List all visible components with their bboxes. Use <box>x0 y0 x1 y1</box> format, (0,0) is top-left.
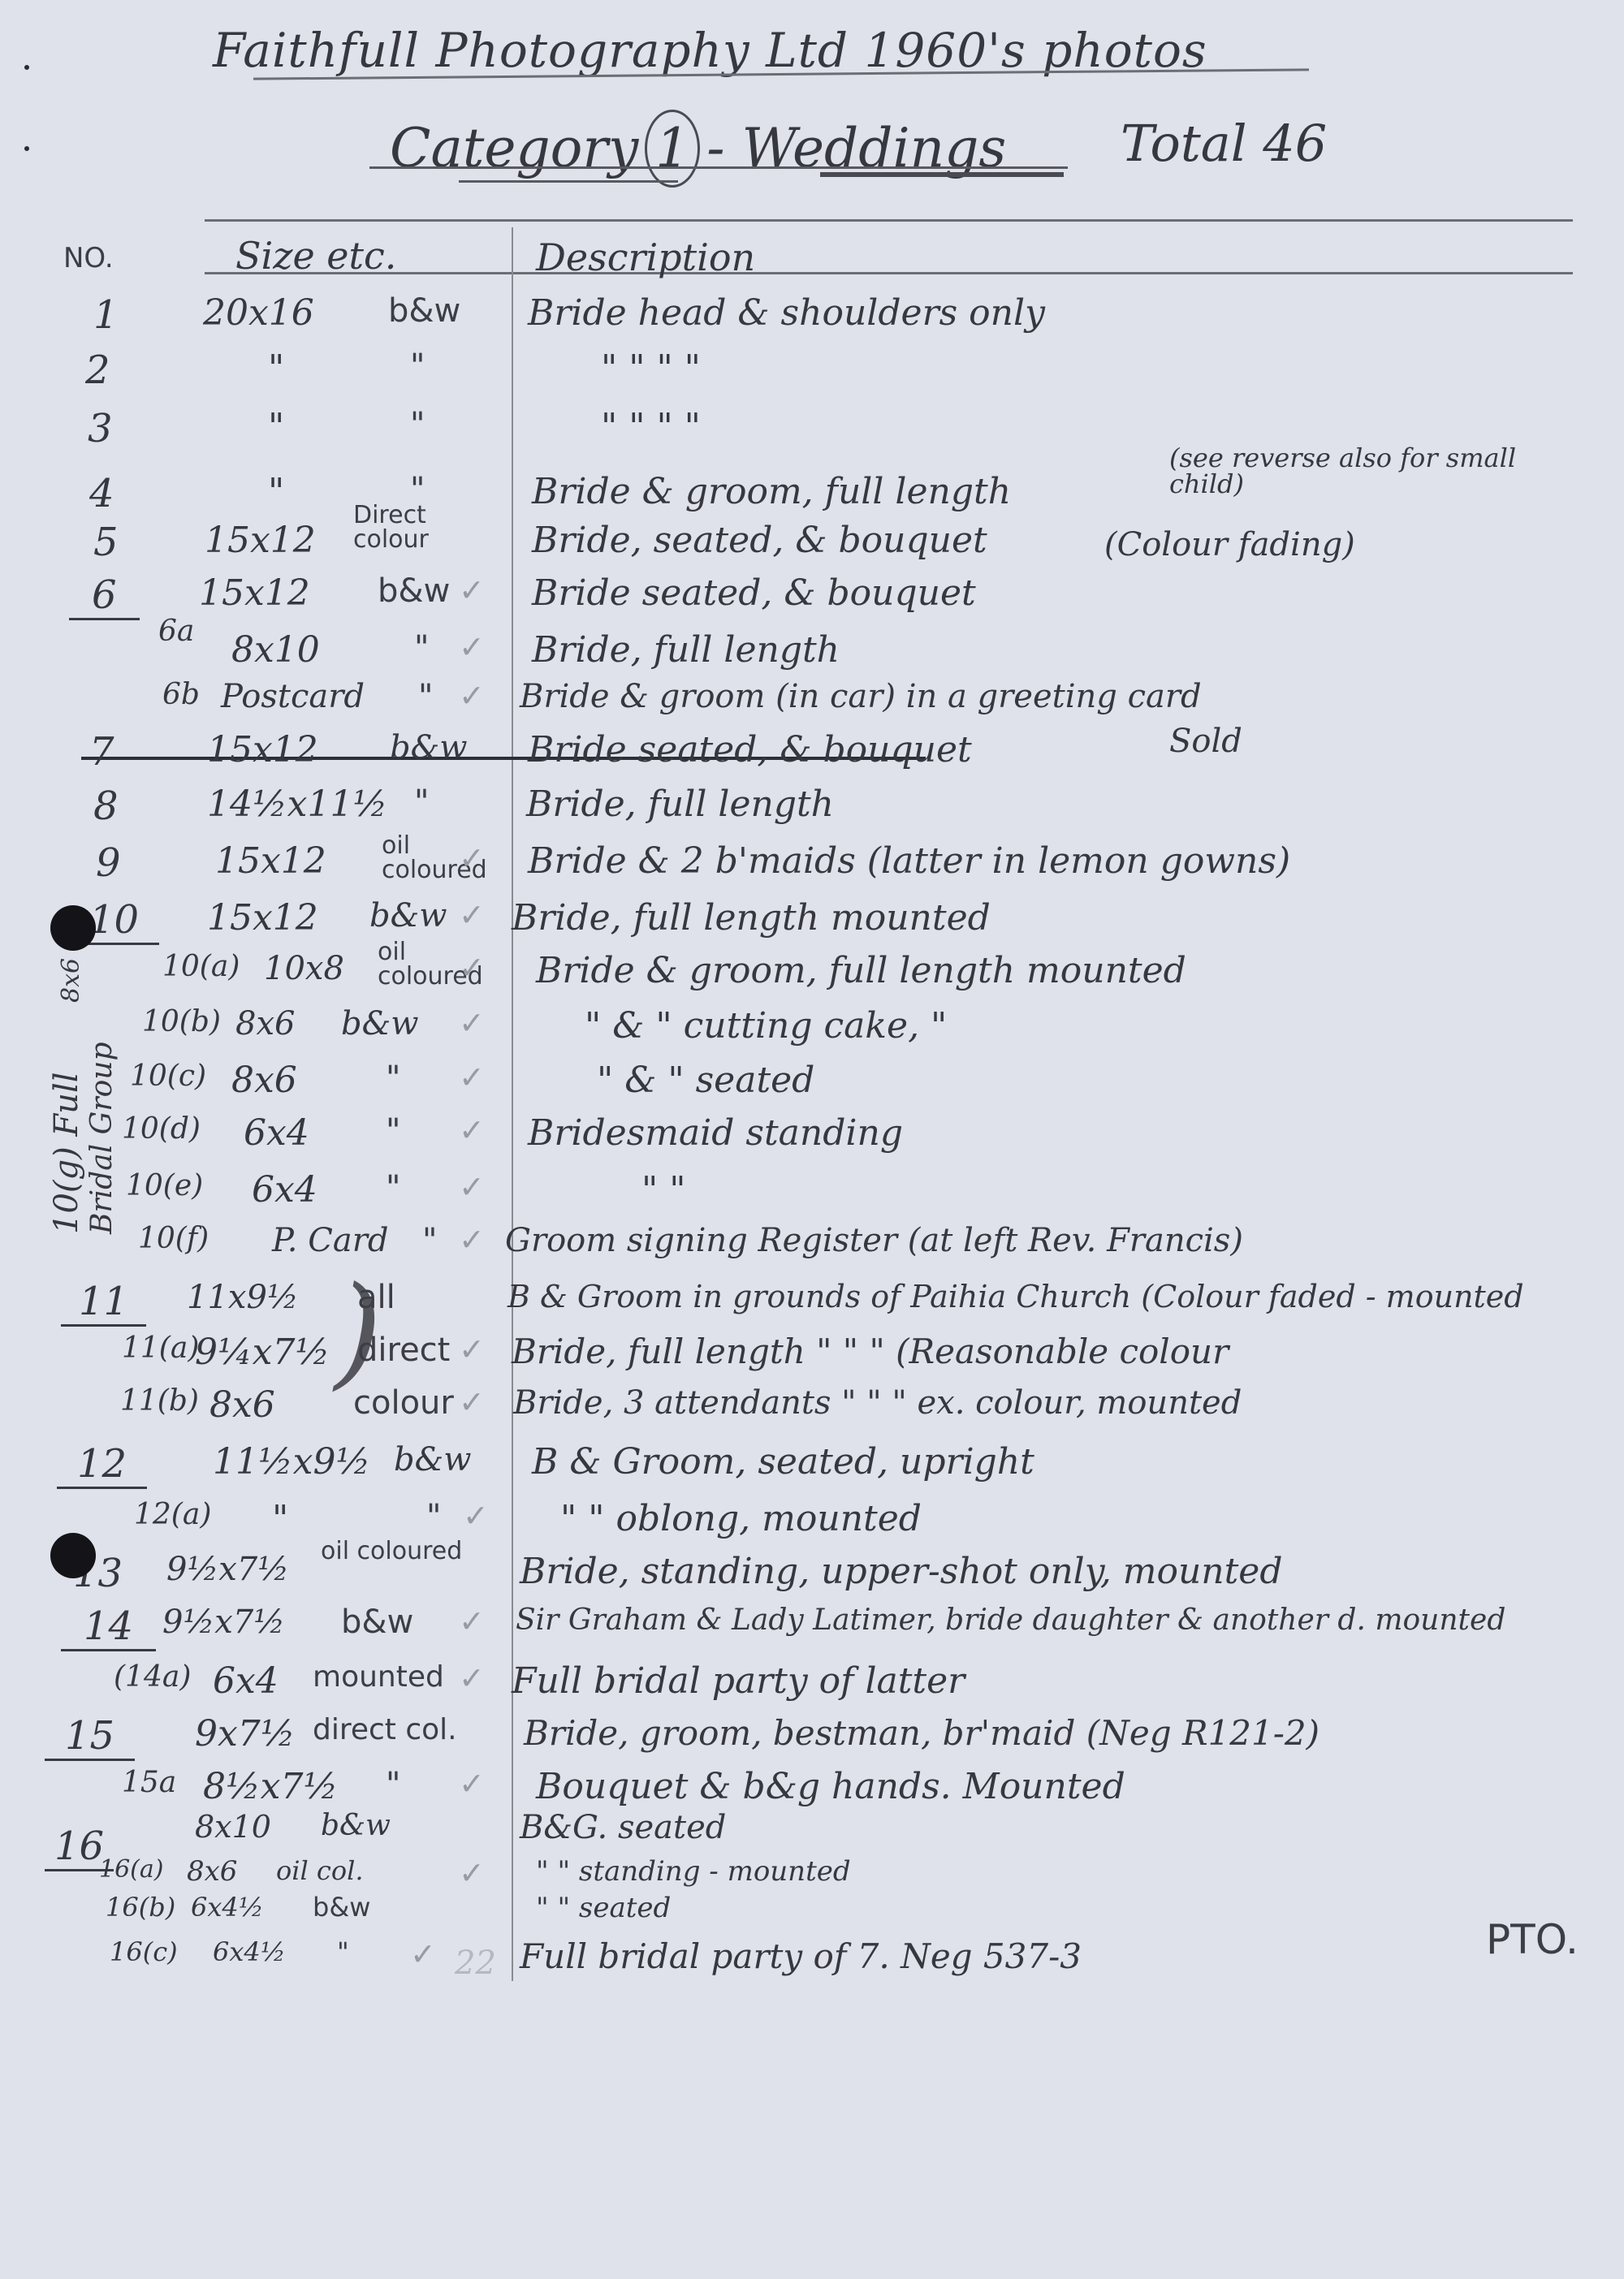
check-mark-icon: ✓ <box>459 1332 485 1367</box>
row-type: all <box>357 1279 395 1316</box>
punch-hole <box>50 1533 96 1578</box>
row-description: " & " cutting cake, " <box>585 1005 947 1047</box>
row-size: 8½x7½ <box>203 1766 338 1807</box>
row-type: b&w <box>341 1604 413 1641</box>
table-row: 12 11½x9½ b&w B & Groom, seated, upright <box>0 1441 1624 1490</box>
check-mark-icon: ✓ <box>459 1384 485 1420</box>
table-row: 16(b) 6x4½ b&w " " seated <box>0 1892 1624 1940</box>
row-type: " <box>422 1222 437 1259</box>
row-description: Bride, full length " " " (Reasonable col… <box>512 1332 1229 1371</box>
row-size: 15x12 <box>207 897 318 939</box>
row-type: oil col. <box>276 1855 364 1886</box>
row-number: 15 <box>45 1713 135 1761</box>
row-size: 8x6 <box>209 1384 275 1426</box>
row-number: 10(a) <box>162 950 240 983</box>
margin-note-size: 8x6 <box>57 958 85 1003</box>
table-row: 16 8x10 b&w B&G. seated <box>0 1809 1624 1858</box>
row-size: 6x4 <box>213 1660 279 1702</box>
table-row: 11(b) 8x6 colour ✓ Bride, 3 attendants "… <box>0 1384 1624 1433</box>
row-size: 20x16 <box>203 292 314 334</box>
category-label: Category <box>390 117 638 179</box>
row-number: 3 <box>88 406 113 451</box>
row-size: 15x12 <box>199 572 310 614</box>
row-description: " " <box>641 1169 685 1211</box>
row-type: b&w <box>394 1441 471 1478</box>
table-row: 6b Postcard " ✓ Bride & groom (in car) i… <box>0 678 1624 727</box>
row-description: Bride, seated, & bouquet <box>532 520 987 561</box>
margin-note: 10(g) Full Bridal Group <box>49 1042 120 1234</box>
table-row: 4 " " Bride & groom, full length (see re… <box>0 471 1624 520</box>
row-number: 11 <box>61 1279 146 1327</box>
row-number: 5 <box>93 520 119 565</box>
row-type: " <box>337 1936 349 1967</box>
table-row: 15 9x7½ direct col. Bride, groom, bestma… <box>0 1713 1624 1762</box>
row-size: " <box>272 1498 288 1539</box>
row-description: B & Groom in grounds of Paihia Church (C… <box>508 1279 1524 1314</box>
table-top-rule <box>205 219 1573 222</box>
table-row: 12(a) " " ✓ " " oblong, mounted <box>0 1498 1624 1547</box>
table-row: 10 15x12 b&w ✓ Bride, full length mounte… <box>0 897 1624 946</box>
table-row: 14 9½x7½ b&w ✓ Sir Graham & Lady Latimer… <box>0 1604 1624 1652</box>
row-number: 6b <box>162 678 200 711</box>
row-type: mounted <box>313 1660 444 1694</box>
check-mark-icon: ✓ <box>459 1766 485 1802</box>
row-size: 9x7½ <box>195 1713 295 1755</box>
row-size: 11½x9½ <box>213 1441 370 1483</box>
row-number: 10(d) <box>122 1112 201 1146</box>
sold-status: Sold <box>1169 723 1242 760</box>
check-mark-icon: ✓ <box>459 1660 485 1696</box>
table-row: 2 " " " " " " <box>0 347 1624 396</box>
table-row: 10(b) 8x6 b&w ✓ " & " cutting cake, " <box>0 1005 1624 1054</box>
table-row: 7 15x12 b&w Bride seated, & bouquet Sold <box>0 729 1624 778</box>
row-description: B & Groom, seated, upright <box>532 1441 1034 1483</box>
row-size: P. Card <box>272 1222 388 1259</box>
row-description: Bride & groom (in car) in a greeting car… <box>520 678 1202 715</box>
row-size: 6x4½ <box>191 1892 264 1923</box>
table-row: 10(f) P. Card " ✓ Groom signing Register… <box>0 1222 1624 1271</box>
please-turn-over: PTO. <box>1486 1916 1579 1963</box>
row-type: oil coloured <box>382 834 512 883</box>
check-mark-icon: ✓ <box>459 1112 485 1148</box>
row-description: Full bridal party of 7. Neg 537-3 <box>520 1936 1082 1976</box>
check-mark-icon: ✓ <box>459 629 485 665</box>
check-mark-icon: ✓ <box>459 678 485 714</box>
row-type: Direct colour <box>353 503 483 552</box>
row-number: 10(f) <box>138 1222 209 1255</box>
row-number: 15a <box>122 1766 176 1799</box>
table-row: 8 14½x11½ " Bride, full length <box>0 783 1624 832</box>
row-size: 8x6 <box>231 1060 297 1101</box>
row-number: 1 <box>93 292 119 338</box>
weddings-underline <box>820 172 1064 177</box>
table-row: 15a 8½x7½ " ✓ Bouquet & b&g hands. Mount… <box>0 1766 1624 1815</box>
row-description: Bouquet & b&g hands. Mounted <box>536 1766 1125 1807</box>
row-size: 8x6 <box>187 1855 237 1888</box>
row-number: 12(a) <box>134 1498 211 1531</box>
row-size: 9½x7½ <box>162 1604 285 1641</box>
row-type: oil coloured <box>321 1539 467 1564</box>
row-size: 8x6 <box>235 1005 295 1042</box>
check-mark-icon: ✓ <box>463 1498 489 1534</box>
row-number: 8 <box>93 783 119 829</box>
row-number: 16(a) <box>99 1855 163 1884</box>
row-size: 15x12 <box>215 840 326 882</box>
row-description: Bride seated, & bouquet <box>528 729 972 770</box>
check-mark-icon: ✓ <box>459 1222 485 1258</box>
speck <box>24 146 29 151</box>
row-size: 9½x7½ <box>166 1551 289 1588</box>
row-size: 6x4 <box>252 1169 317 1211</box>
row-number: 10(c) <box>130 1060 206 1093</box>
column-header-size: Size etc. <box>235 234 396 278</box>
row-description: Bride, full length <box>532 629 840 671</box>
row-description: Bride seated, & bouquet <box>532 572 976 614</box>
check-mark-icon: ✓ <box>459 840 485 876</box>
row-number: 11(a) <box>122 1332 199 1365</box>
row-description: Bride, full length mounted <box>512 897 991 939</box>
table-row: 6a 8x10 " ✓ Bride, full length <box>0 629 1624 678</box>
row-type: " <box>386 1112 400 1150</box>
speck <box>24 65 29 70</box>
row-type: " <box>414 629 429 667</box>
row-size: 11x9½ <box>187 1279 299 1316</box>
row-number: 14 <box>61 1604 156 1651</box>
row-size: " <box>268 471 284 512</box>
row-type: " <box>386 1766 400 1803</box>
row-description: " & " seated <box>597 1060 814 1101</box>
row-size: 14½x11½ <box>207 783 387 825</box>
row-description: Bride head & shoulders only <box>528 292 1045 334</box>
check-mark-icon: ✓ <box>459 1855 485 1891</box>
check-mark-icon: ✓ <box>459 897 485 933</box>
table-header-rule <box>205 272 1573 274</box>
row-type: " <box>386 1169 400 1206</box>
row-number: 10(b) <box>142 1005 221 1038</box>
row-description: " " oblong, mounted <box>560 1498 922 1539</box>
punch-hole <box>50 905 96 951</box>
faint-annotation: 22 <box>455 1944 496 1982</box>
table-row: 1 20x16 b&w Bride head & shoulders only <box>0 292 1624 341</box>
row-size: 15x12 <box>207 729 318 770</box>
check-mark-icon: ✓ <box>459 1060 485 1095</box>
row-description: B&G. seated <box>520 1809 726 1846</box>
row-type: b&w <box>313 1892 370 1923</box>
row-type: b&w <box>388 292 460 330</box>
row-description: Full bridal party of latter <box>512 1660 965 1702</box>
margin-note-line2: Bridal Group <box>84 1042 120 1234</box>
row-type: " <box>414 783 429 821</box>
check-mark-icon: ✓ <box>459 572 485 608</box>
row-description: Bride & groom, full length <box>532 471 1011 512</box>
row-description: " " " " <box>601 347 701 389</box>
row-description: Bridesmaid standing <box>528 1112 903 1154</box>
total-count: Total 46 <box>1121 114 1327 173</box>
row-number: 9 <box>96 840 121 886</box>
row-size: 6x4½ <box>213 1936 286 1967</box>
column-header-no: NO. <box>63 242 114 274</box>
row-description: Bride, 3 attendants " " " ex. colour, mo… <box>513 1384 1242 1422</box>
row-size: 10x8 <box>264 950 344 987</box>
row-note: (see reverse also for small child) <box>1169 445 1559 497</box>
row-number: 4 <box>89 471 114 516</box>
table-row: (14a) 6x4 mounted ✓ Full bridal party of… <box>0 1660 1624 1709</box>
row-number: 10(e) <box>126 1169 203 1202</box>
row-number: 16(c) <box>110 1936 178 1967</box>
row-size: 8x10 <box>195 1809 271 1845</box>
row-description: Bride & 2 b'maids (latter in lemon gowns… <box>528 840 1290 882</box>
row-type: " <box>426 1498 441 1535</box>
check-mark-icon: ✓ <box>410 1936 436 1972</box>
row-size: " <box>268 347 284 389</box>
row-size: " <box>268 406 284 447</box>
row-type: colour <box>353 1384 454 1422</box>
row-number: (14a) <box>114 1660 191 1694</box>
table-row: 13 9½x7½ oil coloured Bride, standing, u… <box>0 1551 1624 1599</box>
row-type: b&w <box>378 572 450 610</box>
row-number: 12 <box>57 1441 147 1489</box>
category-name: - Weddings <box>706 117 1006 179</box>
row-type: oil coloured <box>378 940 508 989</box>
row-description: Bride, full length <box>526 783 834 825</box>
row-number: 6a <box>158 615 194 648</box>
check-mark-icon: ✓ <box>459 1604 485 1639</box>
row-type: b&w <box>390 729 467 766</box>
check-mark-icon: ✓ <box>459 1169 485 1205</box>
row-type: b&w <box>369 897 447 934</box>
row-description: " " seated <box>536 1892 671 1924</box>
table-row: 9 15x12 oil coloured ✓ Bride & 2 b'maids… <box>0 840 1624 889</box>
row-number: 7 <box>89 729 114 775</box>
row-size: 15x12 <box>205 520 316 561</box>
row-number: 2 <box>85 347 110 393</box>
row-type: " <box>418 678 433 715</box>
row-description: Bride & groom, full length mounted <box>536 950 1186 991</box>
row-type: " <box>410 347 425 385</box>
row-type: direct <box>357 1332 450 1369</box>
row-description: Bride, standing, upper-shot only, mounte… <box>520 1551 1283 1592</box>
row-description: " " standing - mounted <box>536 1855 851 1888</box>
category-underline-short <box>459 180 678 183</box>
table-row: 5 15x12 Direct colour Bride, seated, & b… <box>0 520 1624 568</box>
row-description: Groom signing Register (at left Rev. Fra… <box>505 1222 1243 1259</box>
column-header-description: Description <box>536 235 755 279</box>
check-mark-icon: ✓ <box>459 1005 485 1041</box>
row-size: Postcard <box>221 678 365 715</box>
margin-note-line1: 10(g) Full <box>48 1072 85 1234</box>
row-description: " " " " <box>601 406 701 447</box>
table-row: 11 11x9½ all B & Groom in grounds of Pai… <box>0 1279 1624 1327</box>
category-underline <box>369 166 1068 169</box>
row-description: Sir Graham & Lady Latimer, bride daughte… <box>516 1604 1505 1637</box>
row-type: " <box>386 1060 400 1097</box>
table-row: 16(c) 6x4½ " ✓ Full bridal party of 7. N… <box>0 1936 1624 1985</box>
row-note: (Colour fading) <box>1104 526 1355 563</box>
row-number: 11(b) <box>120 1384 199 1418</box>
category-number: 1 <box>645 110 700 188</box>
table-row: 10(d) 6x4 " ✓ Bridesmaid standing <box>0 1112 1624 1161</box>
row-number: 6 <box>69 572 140 620</box>
row-number: 16(b) <box>106 1892 175 1923</box>
check-mark-icon: ✓ <box>459 950 485 986</box>
row-description: Bride, groom, bestman, br'maid (Neg R121… <box>524 1713 1319 1753</box>
row-size: 8x10 <box>231 629 320 671</box>
row-type: " <box>410 406 425 443</box>
row-type: b&w <box>341 1005 418 1042</box>
row-size: 6x4 <box>244 1112 309 1154</box>
row-size: 9¼x7½ <box>195 1332 330 1373</box>
table-row: 11(a) 9¼x7½ direct ✓ Bride, full length … <box>0 1332 1624 1380</box>
table-row: 10(e) 6x4 " ✓ " " <box>0 1169 1624 1218</box>
table-row: 10(c) 8x6 " ✓ " & " seated <box>0 1060 1624 1108</box>
table-row: 6 15x12 b&w ✓ Bride seated, & bouquet <box>0 572 1624 621</box>
row-type: direct col. <box>313 1713 457 1746</box>
document-title: Faithfull Photography Ltd 1960's photos <box>213 23 1207 78</box>
table-row: 10(a) 10x8 oil coloured ✓ Bride & groom,… <box>0 950 1624 999</box>
row-type: b&w <box>321 1809 391 1842</box>
